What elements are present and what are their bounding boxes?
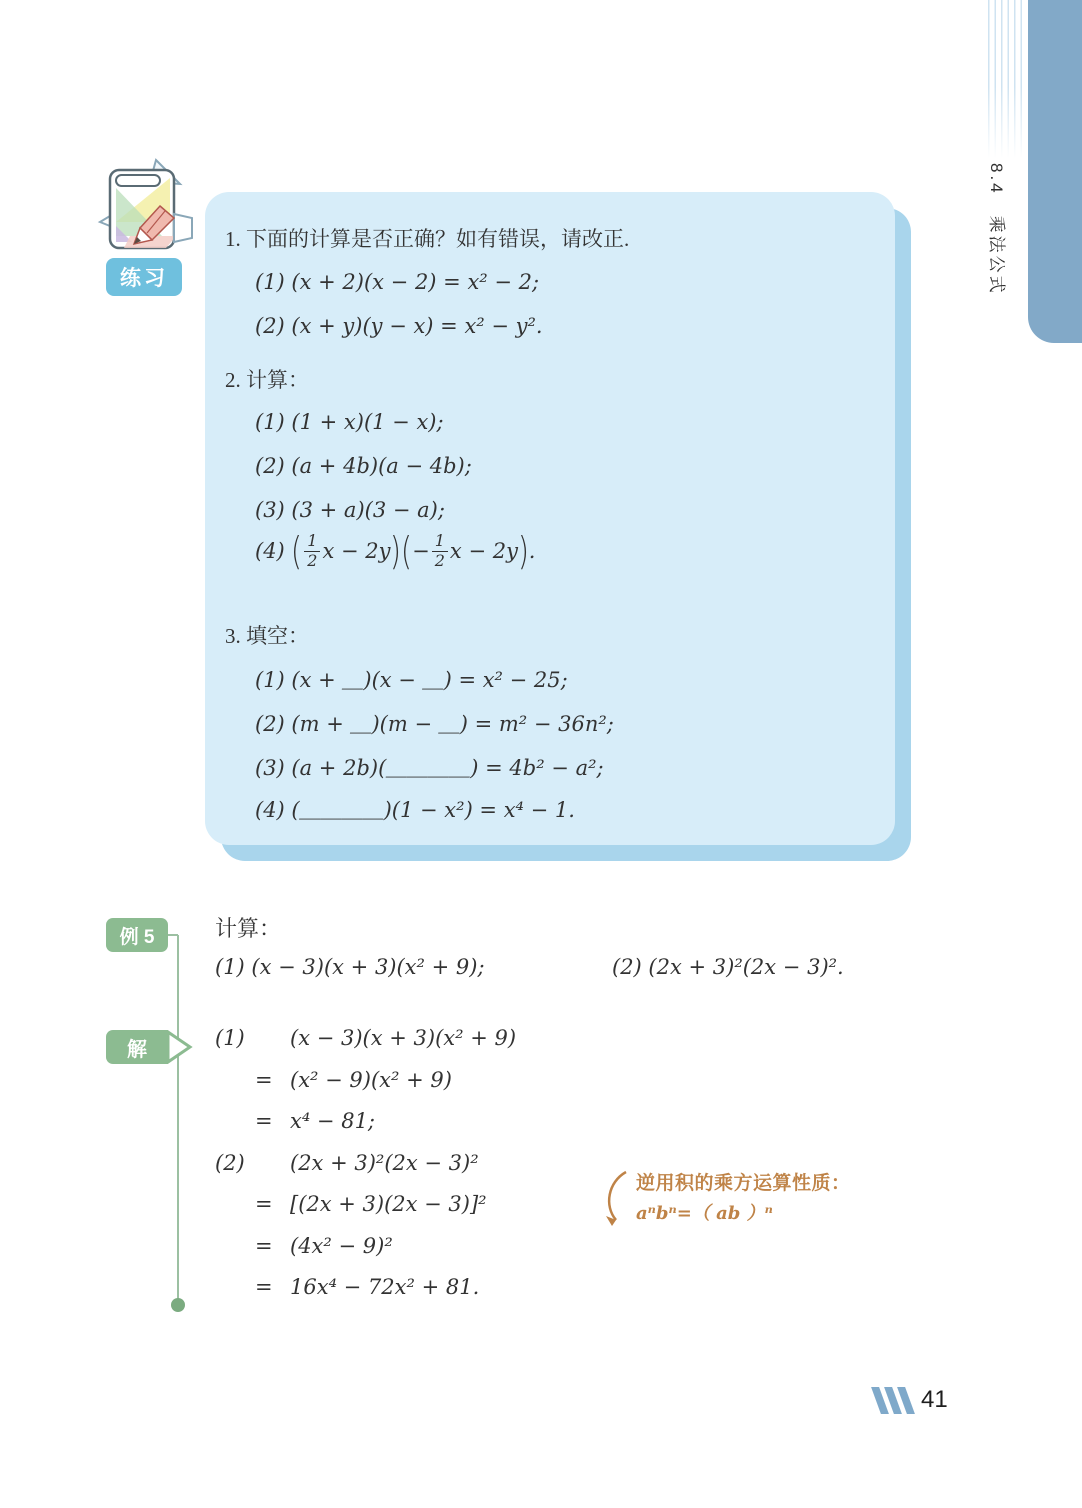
page-footer: 41 [876, 1386, 948, 1414]
equals-sign: = [215, 1109, 290, 1133]
row-expression: (4x² − 9)² [290, 1234, 393, 1258]
exercise-2-item-1: (1) (1 + x)(1 − x); [255, 410, 444, 434]
solution-row: = (x² − 9)(x² + 9) [215, 1068, 516, 1110]
big-paren-open: ( [291, 532, 302, 570]
solution-badge: 解 [106, 1030, 168, 1064]
exercise-1-item-1: (1) (x + 2)(x − 2) = x² − 2; [255, 270, 539, 294]
exercise-2-title: 2. 计算： [225, 364, 309, 394]
period: . [529, 539, 536, 563]
exercise-2-item-4: (4) ( 12 x − 2y ) ( − 12 x − 2y ) . [255, 532, 535, 570]
fraction-one-half: 12 [432, 532, 448, 570]
note-formula: aⁿbⁿ=（ ab ）ⁿ [636, 1199, 851, 1225]
example-question-2: (2) (2x + 3)²(2x − 3)². [612, 955, 844, 979]
row-expression: (x − 3)(x + 3)(x² + 9) [290, 1026, 516, 1050]
equals-sign: = [215, 1068, 290, 1092]
sidebar-blue-bar [1028, 0, 1082, 343]
big-paren-open: ( [401, 532, 412, 570]
notebook-pencil-icon [96, 156, 200, 265]
row-expression: 16x⁴ − 72x² + 81. [290, 1275, 479, 1299]
exercise-3-item-2: (2) (m + ＿)(m − ＿) = m² − 36n²; [255, 708, 614, 738]
exercise-1-item-2: (2) (x + y)(y − x) = x² − y². [255, 314, 543, 338]
fraction-term: x − 2y [450, 539, 518, 563]
row-expression: (2x + 3)²(2x − 3)² [290, 1151, 479, 1175]
example-5-badge: 例 5 [106, 918, 168, 952]
big-paren-close: ) [390, 532, 401, 570]
solution-row: (1) (x − 3)(x + 3)(x² + 9) [215, 1026, 516, 1068]
example-prompt: 计算： [215, 912, 281, 943]
row-label: (2) [215, 1151, 290, 1175]
row-expression: (x² − 9)(x² + 9) [290, 1068, 452, 1092]
exercise-2-item-2: (2) (a + 4b)(a − 4b); [255, 454, 472, 478]
solution-block: (1) (x − 3)(x + 3)(x² + 9) = (x² − 9)(x²… [215, 1026, 516, 1317]
equals-sign: = [215, 1234, 290, 1258]
exercise-3-item-3: (3) (a + 2b)(＿＿＿＿) = 4b² − a²; [255, 752, 604, 782]
sidebar-pinstripes [988, 0, 1026, 158]
example-question-1: (1) (x − 3)(x + 3)(x² + 9); [215, 955, 485, 979]
solution-flag-tip-icon [168, 1030, 194, 1069]
minus-sign: − [412, 539, 430, 563]
solution-row: = 16x⁴ − 72x² + 81. [215, 1275, 516, 1317]
row-expression: x⁴ − 81; [290, 1109, 375, 1133]
margin-note: 逆用积的乘方运算性质： aⁿbⁿ=（ ab ）ⁿ [636, 1168, 851, 1225]
equals-sign: = [215, 1275, 290, 1299]
equals-sign: = [215, 1192, 290, 1216]
textbook-page: 8.4 乘法公式 练习 1. 下面的计算是否正确？如有错误，请改正. (1) (… [0, 0, 1082, 1508]
row-expression: [(2x + 3)(2x − 3)]² [290, 1192, 487, 1216]
exercise-3-title: 3. 填空： [225, 620, 309, 650]
exercise-3-item-4: (4) (＿＿＿＿)(1 − x²) = x⁴ − 1. [255, 794, 575, 824]
solution-row: = [(2x + 3)(2x − 3)]² [215, 1192, 516, 1234]
exercise-3-item-1: (1) (x + ＿)(x − ＿) = x² − 25; [255, 664, 568, 694]
practice-box: 1. 下面的计算是否正确？如有错误，请改正. (1) (x + 2)(x − 2… [205, 192, 895, 845]
page-number: 41 [921, 1386, 948, 1414]
note-title: 逆用积的乘方运算性质： [636, 1168, 851, 1195]
example-timeline [177, 935, 179, 1305]
section-label: 8.4 乘法公式 [986, 163, 1011, 323]
practice-badge: 练习 [106, 258, 182, 296]
solution-row: = x⁴ − 81; [215, 1109, 516, 1151]
solution-row: (2) (2x + 3)²(2x − 3)² [215, 1151, 516, 1193]
exercise-2-item-3: (3) (3 + a)(3 − a); [255, 498, 445, 522]
row-label: (1) [215, 1026, 290, 1050]
item-label: (4) [255, 539, 285, 563]
big-paren-close: ) [518, 532, 529, 570]
fraction-term: x − 2y [322, 539, 390, 563]
exercise-1-title: 1. 下面的计算是否正确？如有错误，请改正. [225, 223, 629, 253]
solution-row: = (4x² − 9)² [215, 1234, 516, 1276]
fraction-one-half: 12 [304, 532, 320, 570]
curved-arrow-icon [596, 1168, 632, 1235]
